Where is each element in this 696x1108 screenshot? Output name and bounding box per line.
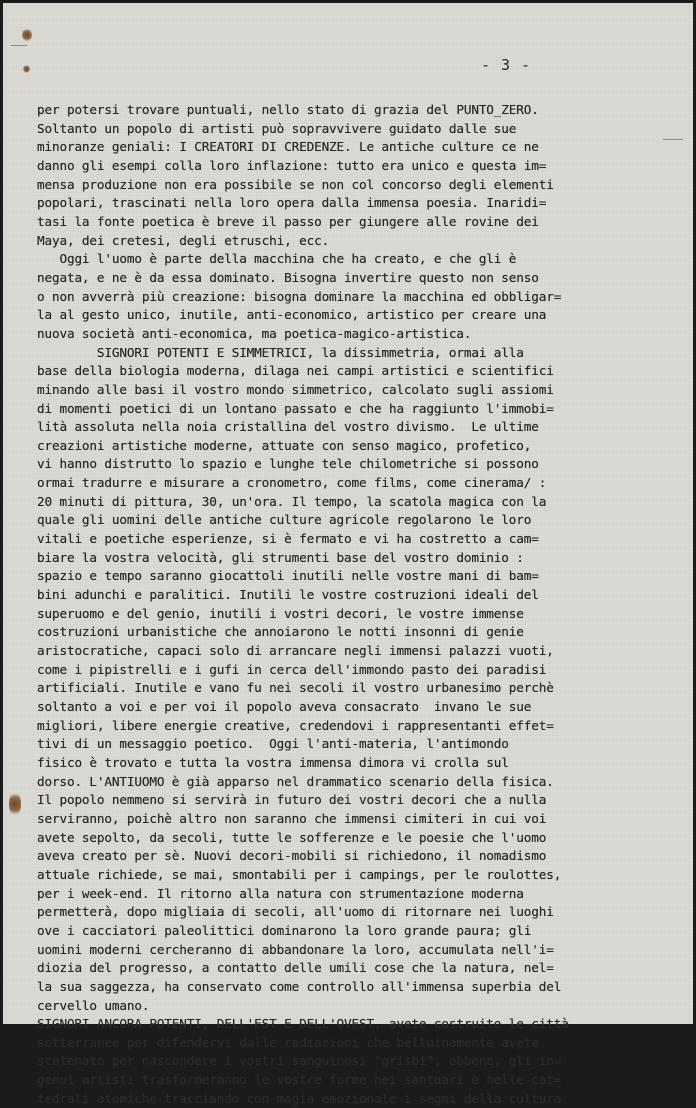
text-line: fisico è trovato e tutta la vostra immen… <box>37 754 667 773</box>
text-line: 20 minuti di pittura, 30, un'ora. Il tem… <box>37 493 667 512</box>
text-line: la sua saggezza, ha conservato come cont… <box>37 978 667 997</box>
text-line: spazio e tempo saranno giocattoli inutil… <box>37 567 667 586</box>
text-line: vi hanno distrutto lo spazio e lunghe te… <box>37 455 667 474</box>
text-line: aristocratiche, capaci solo di arrancare… <box>37 642 667 661</box>
text-line: mensa produzione non era possibile se no… <box>37 176 667 195</box>
text-line: vitali e poetiche esperienze, si è ferma… <box>37 530 667 549</box>
text-line: come i pipistrelli e i gufi in cerca del… <box>37 661 667 680</box>
text-line: superuomo e del genio, inutili i vostri … <box>37 605 667 624</box>
text-line: lità assoluta nella noia cristallina del… <box>37 418 667 437</box>
text-line: tasi la fonte poetica è breve il passo p… <box>37 213 667 232</box>
text-line: popolari, trascinati nella loro opera da… <box>37 194 667 213</box>
text-line: danno gli esempi colla loro inflazione: … <box>37 157 667 176</box>
text-line: permetterà, dopo migliaia di secoli, all… <box>37 903 667 922</box>
text-line: Oggi l'uomo è parte della macchina che h… <box>37 250 667 269</box>
text-line: bini adunchi e paralitici. Inutili le vo… <box>37 586 667 605</box>
body-text: per potersi trovare puntuali, nello stat… <box>37 101 667 1024</box>
text-line: cervello umano. <box>37 997 667 1016</box>
text-line: di momenti poetici di un lontano passato… <box>37 400 667 419</box>
text-line: Maya, dei cretesi, degli etruschi, ecc. <box>37 232 667 251</box>
text-line: ove i cacciatori paleolittici dominarono… <box>37 922 667 941</box>
rust-stain-mark <box>9 791 21 817</box>
text-line: SIGNORI POTENTI E SIMMETRICI, la dissimm… <box>37 344 667 363</box>
text-line: base della biologia moderna, dilaga nei … <box>37 362 667 381</box>
text-line: artificiali. Inutile e vano fu nei secol… <box>37 679 667 698</box>
text-line: dorso. L'ANTIUOMO è già apparso nel dram… <box>37 773 667 792</box>
text-line: creazioni artistiche moderne, attuate co… <box>37 437 667 456</box>
text-line: tivi di un messaggio poetico. Oggi l'ant… <box>37 735 667 754</box>
text-line: SIGNORI ANCORA POTENTI, DELL'EST E DELL'… <box>37 1015 667 1024</box>
punch-hole-mark <box>22 28 32 42</box>
text-line: ormai tradurre e misurare a cronometro, … <box>37 474 667 493</box>
typewritten-page: - 3 - per potersi trovare puntuali, nell… <box>3 3 693 1024</box>
text-line: biare la vostra velocità, gli strumenti … <box>37 549 667 568</box>
text-line: aveva creato per sè. Nuovi decori-mobili… <box>37 847 667 866</box>
text-line: serviranno, poichè altro non saranno che… <box>37 810 667 829</box>
page-number: - 3 - <box>481 56 531 74</box>
text-line: avete sepolto, da secoli, tutte le soffe… <box>37 829 667 848</box>
text-line: per potersi trovare puntuali, nello stat… <box>37 101 667 120</box>
text-line: quale gli uomini delle antiche culture a… <box>37 511 667 530</box>
punch-hole-mark <box>23 65 30 73</box>
margin-tick <box>11 45 27 46</box>
text-line: diozia del progresso, a contatto delle u… <box>37 959 667 978</box>
text-line: minando alle basi il vostro mondo simmet… <box>37 381 667 400</box>
text-line: nuova società anti-economica, ma poetica… <box>37 325 667 344</box>
text-line: Il popolo nemmeno si servirà in futuro d… <box>37 791 667 810</box>
text-line: soltanto a voi e per voi il popolo aveva… <box>37 698 667 717</box>
text-line: per i week-end. Il ritorno alla natura c… <box>37 885 667 904</box>
text-line: minoranze geniali: I CREATORI DI CREDENZ… <box>37 138 667 157</box>
text-line: migliori, libere energie creative, crede… <box>37 717 667 736</box>
text-line: la al gesto unico, inutile, anti-economi… <box>37 306 667 325</box>
text-line: negata, e ne è da essa dominato. Bisogna… <box>37 269 667 288</box>
text-line: o non avverrà più creazione: bisogna dom… <box>37 288 667 307</box>
text-line: Soltanto un popolo di artisti può soprav… <box>37 120 667 139</box>
text-line: attuale richiede, se mai, smontabili per… <box>37 866 667 885</box>
text-line: costruzioni urbanistiche che annoiarono … <box>37 623 667 642</box>
text-line: uomini moderni cercheranno di abbandonar… <box>37 941 667 960</box>
